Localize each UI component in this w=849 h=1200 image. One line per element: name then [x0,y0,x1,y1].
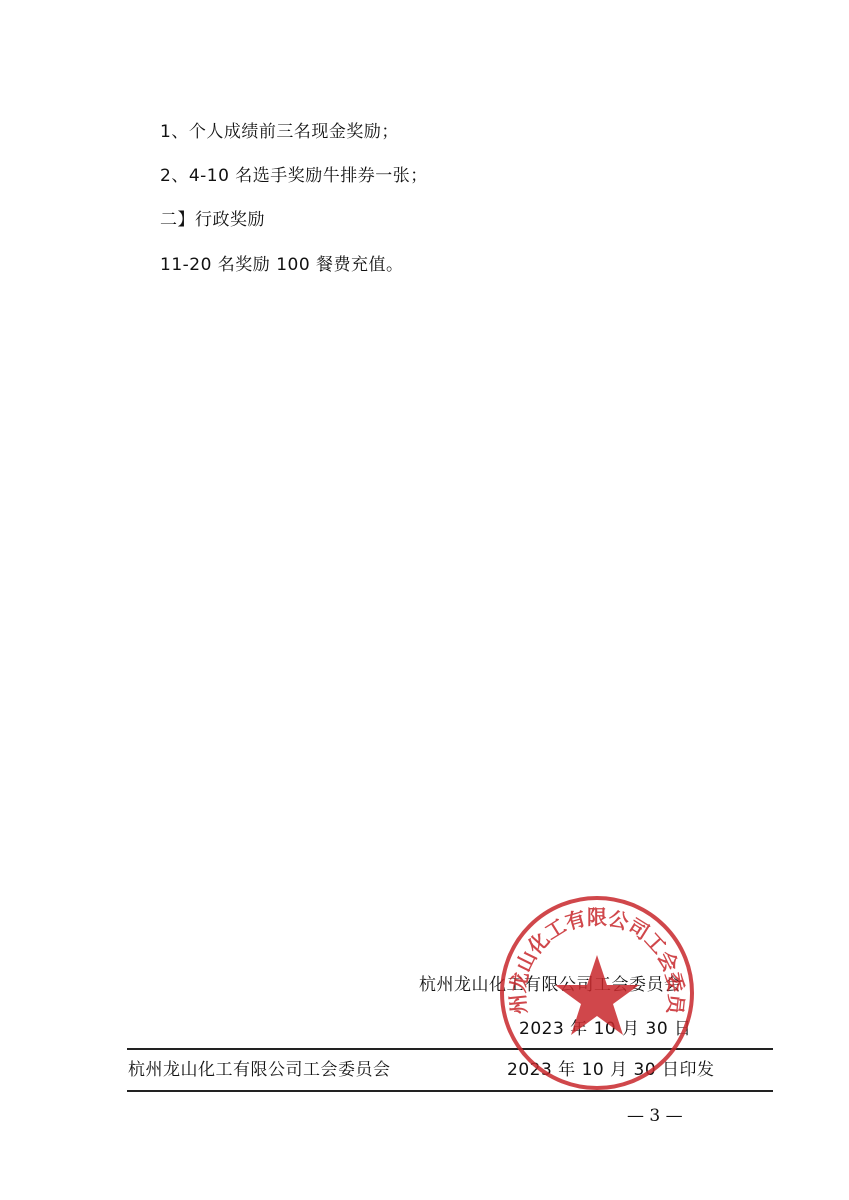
footer-bottom-rule [127,1090,773,1092]
stamp-text: 杭州龙山化工有限公司工会委员会 [497,893,689,1017]
footer-issue-date: 2023 年 10 月 30 日印发 [507,1055,715,1080]
body-line-1: 1、个人成绩前三名现金奖励； [160,117,399,142]
signature-org: 杭州龙山化工有限公司工会委员会 [419,970,682,995]
body-line-2: 2、4-10 名选手奖励牛排券一张； [160,161,428,186]
svg-text:杭州龙山化工有限公司工会委员会: 杭州龙山化工有限公司工会委员会 [497,893,689,1017]
section-heading: 二】行政奖励 [160,205,265,230]
page-number: — 3 — [627,1106,683,1126]
body-line-4: 11-20 名奖励 100 餐费充值。 [160,250,404,275]
footer-top-rule [127,1048,773,1050]
signature-date: 2023 年 10 月 30 日 [519,1014,692,1039]
footer-issuer: 杭州龙山化工有限公司工会委员会 [128,1055,391,1080]
